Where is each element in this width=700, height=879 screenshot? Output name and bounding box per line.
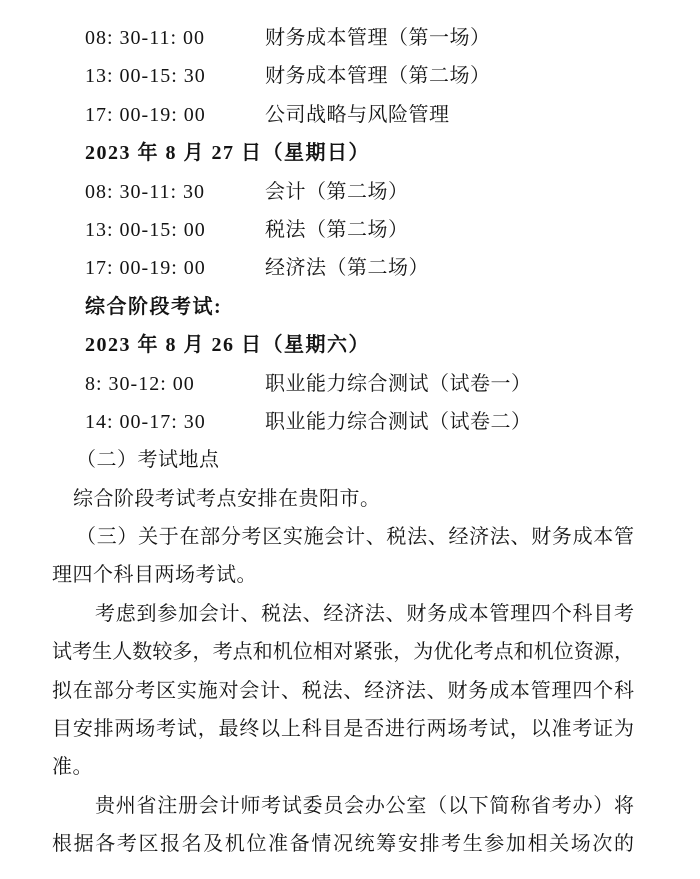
document-content: 08: 30-11: 00财务成本管理（第一场） 13: 00-15: 30财务… xyxy=(52,19,634,864)
paragraph-line: 贵州省注册会计师考试委员会办公室（以下简称省考办）将 xyxy=(95,787,634,825)
session-time: 13: 00-15: 30 xyxy=(85,57,265,95)
paragraph-line: 考虑到参加会计、税法、经济法、财务成本管理四个科目考 xyxy=(95,595,634,633)
section-two-heading: （二）考试地点 xyxy=(76,441,634,479)
schedule-row: 17: 00-19: 00公司战略与风险管理 xyxy=(85,96,634,134)
session-subject: 职业能力综合测试（试卷二） xyxy=(265,411,532,433)
session-time: 17: 00-19: 00 xyxy=(85,96,265,134)
comprehensive-stage-label: 综合阶段考试: xyxy=(85,288,634,326)
exam-date-comprehensive: 2023 年 8 月 26 日（星期六） xyxy=(85,326,634,364)
paragraph-line: 目安排两场考试，最终以上科目是否进行两场考试，以准考证为 xyxy=(52,710,634,748)
session-subject: 会计（第二场） xyxy=(265,181,409,203)
session-subject: 财务成本管理（第一场） xyxy=(265,27,491,49)
session-subject: 财务成本管理（第二场） xyxy=(265,65,491,87)
paragraph-line: 准。 xyxy=(52,748,634,786)
schedule-row: 17: 00-19: 00经济法（第二场） xyxy=(85,249,634,287)
session-time: 08: 30-11: 00 xyxy=(85,19,265,57)
schedule-row: 8: 30-12: 00职业能力综合测试（试卷一） xyxy=(85,365,634,403)
section-three-heading-line: 理四个科目两场考试。 xyxy=(52,556,634,594)
document-page: 08: 30-11: 00财务成本管理（第一场） 13: 00-15: 30财务… xyxy=(0,0,700,879)
paragraph-line: 根据各考区报名及机位准备情况统筹安排考生参加相关场次的 xyxy=(52,825,634,863)
schedule-row: 08: 30-11: 00财务成本管理（第一场） xyxy=(85,19,634,57)
paragraph-line: 拟在部分考区实施对会计、税法、经济法、财务成本管理四个科 xyxy=(52,672,634,710)
session-time: 08: 30-11: 30 xyxy=(85,173,265,211)
schedule-row: 13: 00-15: 30财务成本管理（第二场） xyxy=(85,57,634,95)
session-subject: 公司战略与风险管理 xyxy=(265,104,450,126)
session-subject: 职业能力综合测试（试卷一） xyxy=(265,373,532,395)
session-time: 13: 00-15: 00 xyxy=(85,211,265,249)
schedule-row: 13: 00-15: 00税法（第二场） xyxy=(85,211,634,249)
section-three-heading-line: （三）关于在部分考区实施会计、税法、经济法、财务成本管 xyxy=(76,518,634,556)
section-two-body: 综合阶段考试考点安排在贵阳市。 xyxy=(73,480,634,518)
session-subject: 税法（第二场） xyxy=(265,219,409,241)
schedule-row: 14: 00-17: 30职业能力综合测试（试卷二） xyxy=(85,403,634,441)
session-time: 14: 00-17: 30 xyxy=(85,403,265,441)
paragraph-line: 试考生人数较多，考点和机位相对紧张，为优化考点和机位资源， xyxy=(52,633,634,671)
schedule-row: 08: 30-11: 30会计（第二场） xyxy=(85,173,634,211)
session-time: 8: 30-12: 00 xyxy=(85,365,265,403)
session-subject: 经济法（第二场） xyxy=(265,257,429,279)
session-time: 17: 00-19: 00 xyxy=(85,249,265,287)
exam-date-day2: 2023 年 8 月 27 日（星期日） xyxy=(85,134,634,172)
